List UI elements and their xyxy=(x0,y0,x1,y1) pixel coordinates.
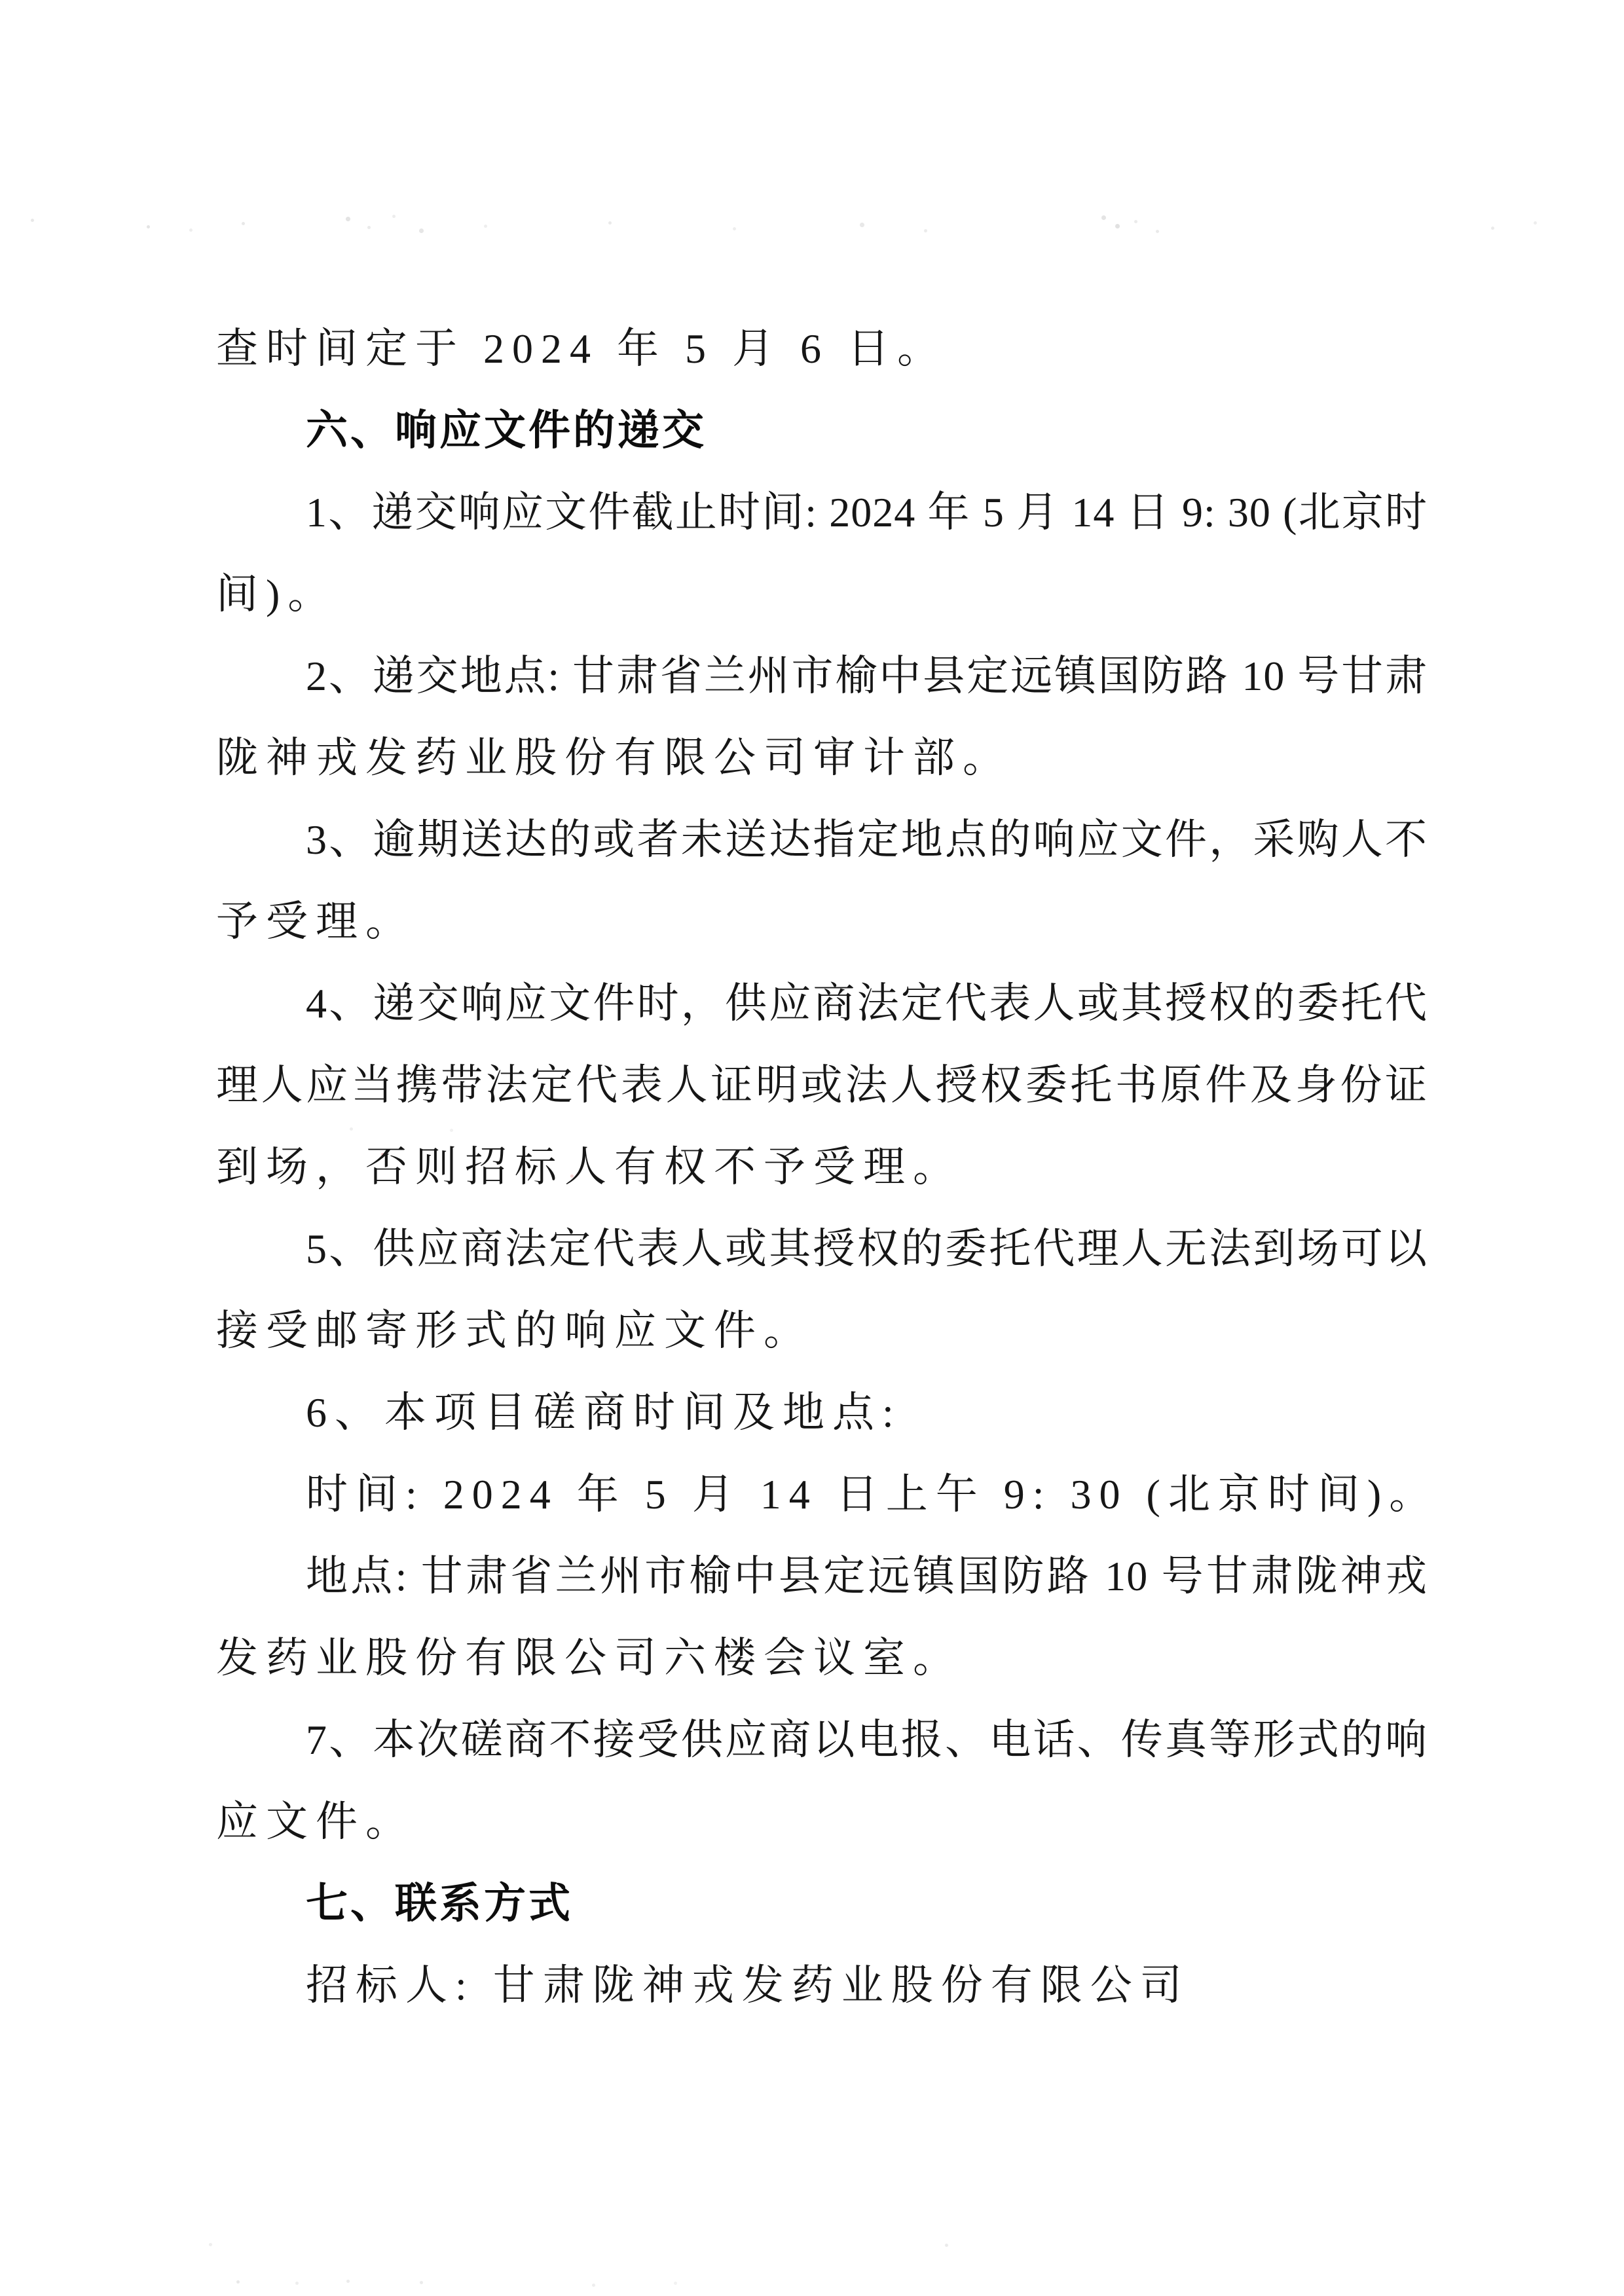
text-line: 到场，否则招标人有权不予受理。 xyxy=(216,1126,1428,1208)
text-line: 查时间定于 2024 年 5 月 6 日。 xyxy=(216,308,1428,390)
document-body: 查时间定于 2024 年 5 月 6 日。 六、响应文件的递交 1、递交响应文件… xyxy=(216,308,1428,2026)
text-line-deadline: 1、递交响应文件截止时间: 2024 年 5 月 14 日 9: 30 (北京时 xyxy=(216,471,1428,553)
document-page: 查时间定于 2024 年 5 月 6 日。 六、响应文件的递交 1、递交响应文件… xyxy=(0,0,1624,2296)
text-line: 发药业股份有限公司六楼会议室。 xyxy=(216,1617,1428,1699)
text-line: 接受邮寄形式的响应文件。 xyxy=(216,1290,1428,1372)
text-line: 应文件。 xyxy=(216,1781,1428,1863)
section-heading-response-submission: 六、响应文件的递交 xyxy=(216,390,1428,471)
text-line: 予受理。 xyxy=(216,881,1428,962)
text-line-negotiation-time: 时间: 2024 年 5 月 14 日上午 9: 30 (北京时间)。 xyxy=(216,1453,1428,1535)
text-line-late-delivery: 3、逾期送达的或者未送达指定地点的响应文件，采购人不 xyxy=(216,799,1428,881)
section-heading-contact-info: 七、联系方式 xyxy=(216,1863,1428,1944)
text-line-submission-address: 2、递交地点: 甘肃省兰州市榆中县定远镇国防路 10 号甘肃 xyxy=(216,635,1428,717)
text-line: 陇神戎发药业股份有限公司审计部。 xyxy=(216,717,1428,799)
text-line-no-telegram: 7、本次磋商不接受供应商以电报、电话、传真等形式的响 xyxy=(216,1699,1428,1781)
scan-noise-speckles xyxy=(0,0,2,2)
text-line-representative-rule: 4、递交响应文件时，供应商法定代表人或其授权的委托代 xyxy=(216,962,1428,1044)
text-line-negotiation-place: 地点: 甘肃省兰州市榆中县定远镇国防路 10 号甘肃陇神戎 xyxy=(216,1535,1428,1617)
text-line: 间)。 xyxy=(216,553,1428,635)
text-line-negotiation-time-place: 6、本项目磋商时间及地点: xyxy=(216,1372,1428,1453)
text-line-mailing-allowed: 5、供应商法定代表人或其授权的委托代理人无法到场可以 xyxy=(216,1208,1428,1290)
text-line: 理人应当携带法定代表人证明或法人授权委托书原件及身份证 xyxy=(216,1044,1428,1126)
text-line-tenderer-name: 招标人: 甘肃陇神戎发药业股份有限公司 xyxy=(216,1944,1428,2026)
